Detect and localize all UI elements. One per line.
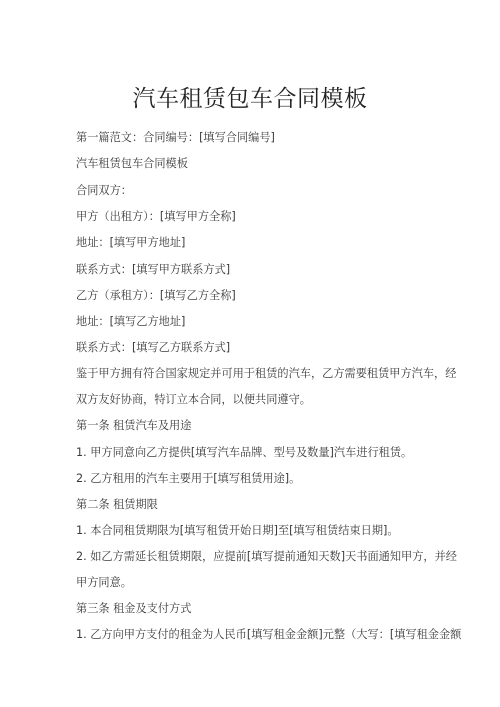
doc-line-preamble-1: 鉴于甲方拥有符合国家规定并可用于租赁的汽车，乙方需要租赁甲方汽车，经 [76,367,456,381]
doc-line-preamble-2: 双方友好协商，特订立本合同，以便共同遵守。 [76,393,311,407]
doc-line-parties-heading: 合同双方： [76,184,132,198]
doc-line-sample-number: 第一篇范文：合同编号：[填写合同编号] [76,131,275,145]
doc-line-article-3-item-1: 1. 乙方向甲方支付的租金为人民币[填写租金金额]元整（大写：[填写租金金额 [76,628,461,642]
doc-line-article-2-item-2: 2. 如乙方需延长租赁期限，应提前[填写提前通知天数]天书面通知甲方，并经 [76,550,457,564]
doc-line-party-b-name: 乙方（承租方）：[填写乙方全称] [76,289,236,303]
doc-line-article-1-item-2: 2. 乙方租用的汽车主要用于[填写租赁用途]。 [76,472,300,486]
doc-line-subtitle: 汽车租赁包车合同模板 [76,157,188,171]
doc-line-article-1-heading: 第一条 租赁汽车及用途 [76,419,191,433]
doc-line-party-b-address: 地址：[填写乙方地址] [76,315,185,329]
document-page: 汽车租赁包车合同模板 第一篇范文：合同编号：[填写合同编号] 汽车租赁包车合同模… [0,0,500,707]
doc-line-party-b-contact: 联系方式：[填写乙方联系方式] [76,341,230,355]
doc-line-article-1-item-1: 1. 甲方同意向乙方提供[填写汽车品牌、型号及数量]汽车进行租赁。 [76,446,412,460]
doc-line-party-a-contact: 联系方式：[填写甲方联系方式] [76,263,230,277]
doc-line-party-a-address: 地址：[填写甲方地址] [76,236,185,250]
doc-line-article-2-item-1: 1. 本合同租赁期限为[填写租赁开始日期]至[填写租赁结束日期]。 [76,524,399,538]
doc-line-article-2-heading: 第二条 租赁期限 [76,498,158,512]
doc-line-party-a-name: 甲方（出租方）：[填写甲方全称] [76,210,236,224]
doc-line-article-3-heading: 第三条 租金及支付方式 [76,602,191,616]
doc-line-article-2-item-2-cont: 甲方同意。 [76,576,132,590]
document-title: 汽车租赁包车合同模板 [0,80,500,113]
